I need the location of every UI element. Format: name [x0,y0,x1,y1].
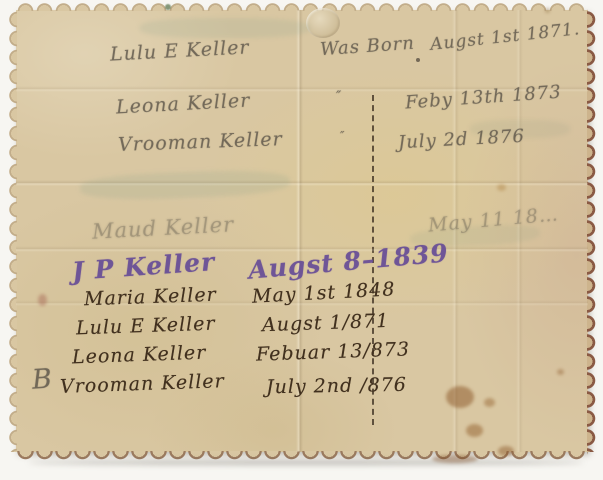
foxing-stain [466,424,483,437]
embossed-seal [306,8,340,38]
foxing-stain [484,398,495,407]
ink-record-date: July 2nd /876 [266,374,407,398]
ink-record-date: Augst 1/871 [262,310,390,336]
scalloped-edge-right [587,10,597,452]
foxing-stain [432,455,478,463]
foxing-stain [497,184,506,191]
foxing-stain [498,446,514,456]
ditto-mark: ″ [340,129,345,143]
scalloped-edge-left [8,10,17,452]
ink-record-name: Leona Keller [72,342,207,369]
green-ink-spot [165,4,171,10]
ink-dot [416,58,420,62]
foxing-stain [557,369,564,375]
paper-shadow [28,460,584,465]
ink-bleedthrough-ghost [140,18,310,38]
foxing-stain [446,386,474,408]
ink-record-name: Maria Keller [84,284,217,311]
red-stain [38,294,47,306]
ink-record-prefix-initial: B [31,363,54,395]
ditto-mark: ″ [336,89,342,105]
foxing-stain [545,8,550,13]
